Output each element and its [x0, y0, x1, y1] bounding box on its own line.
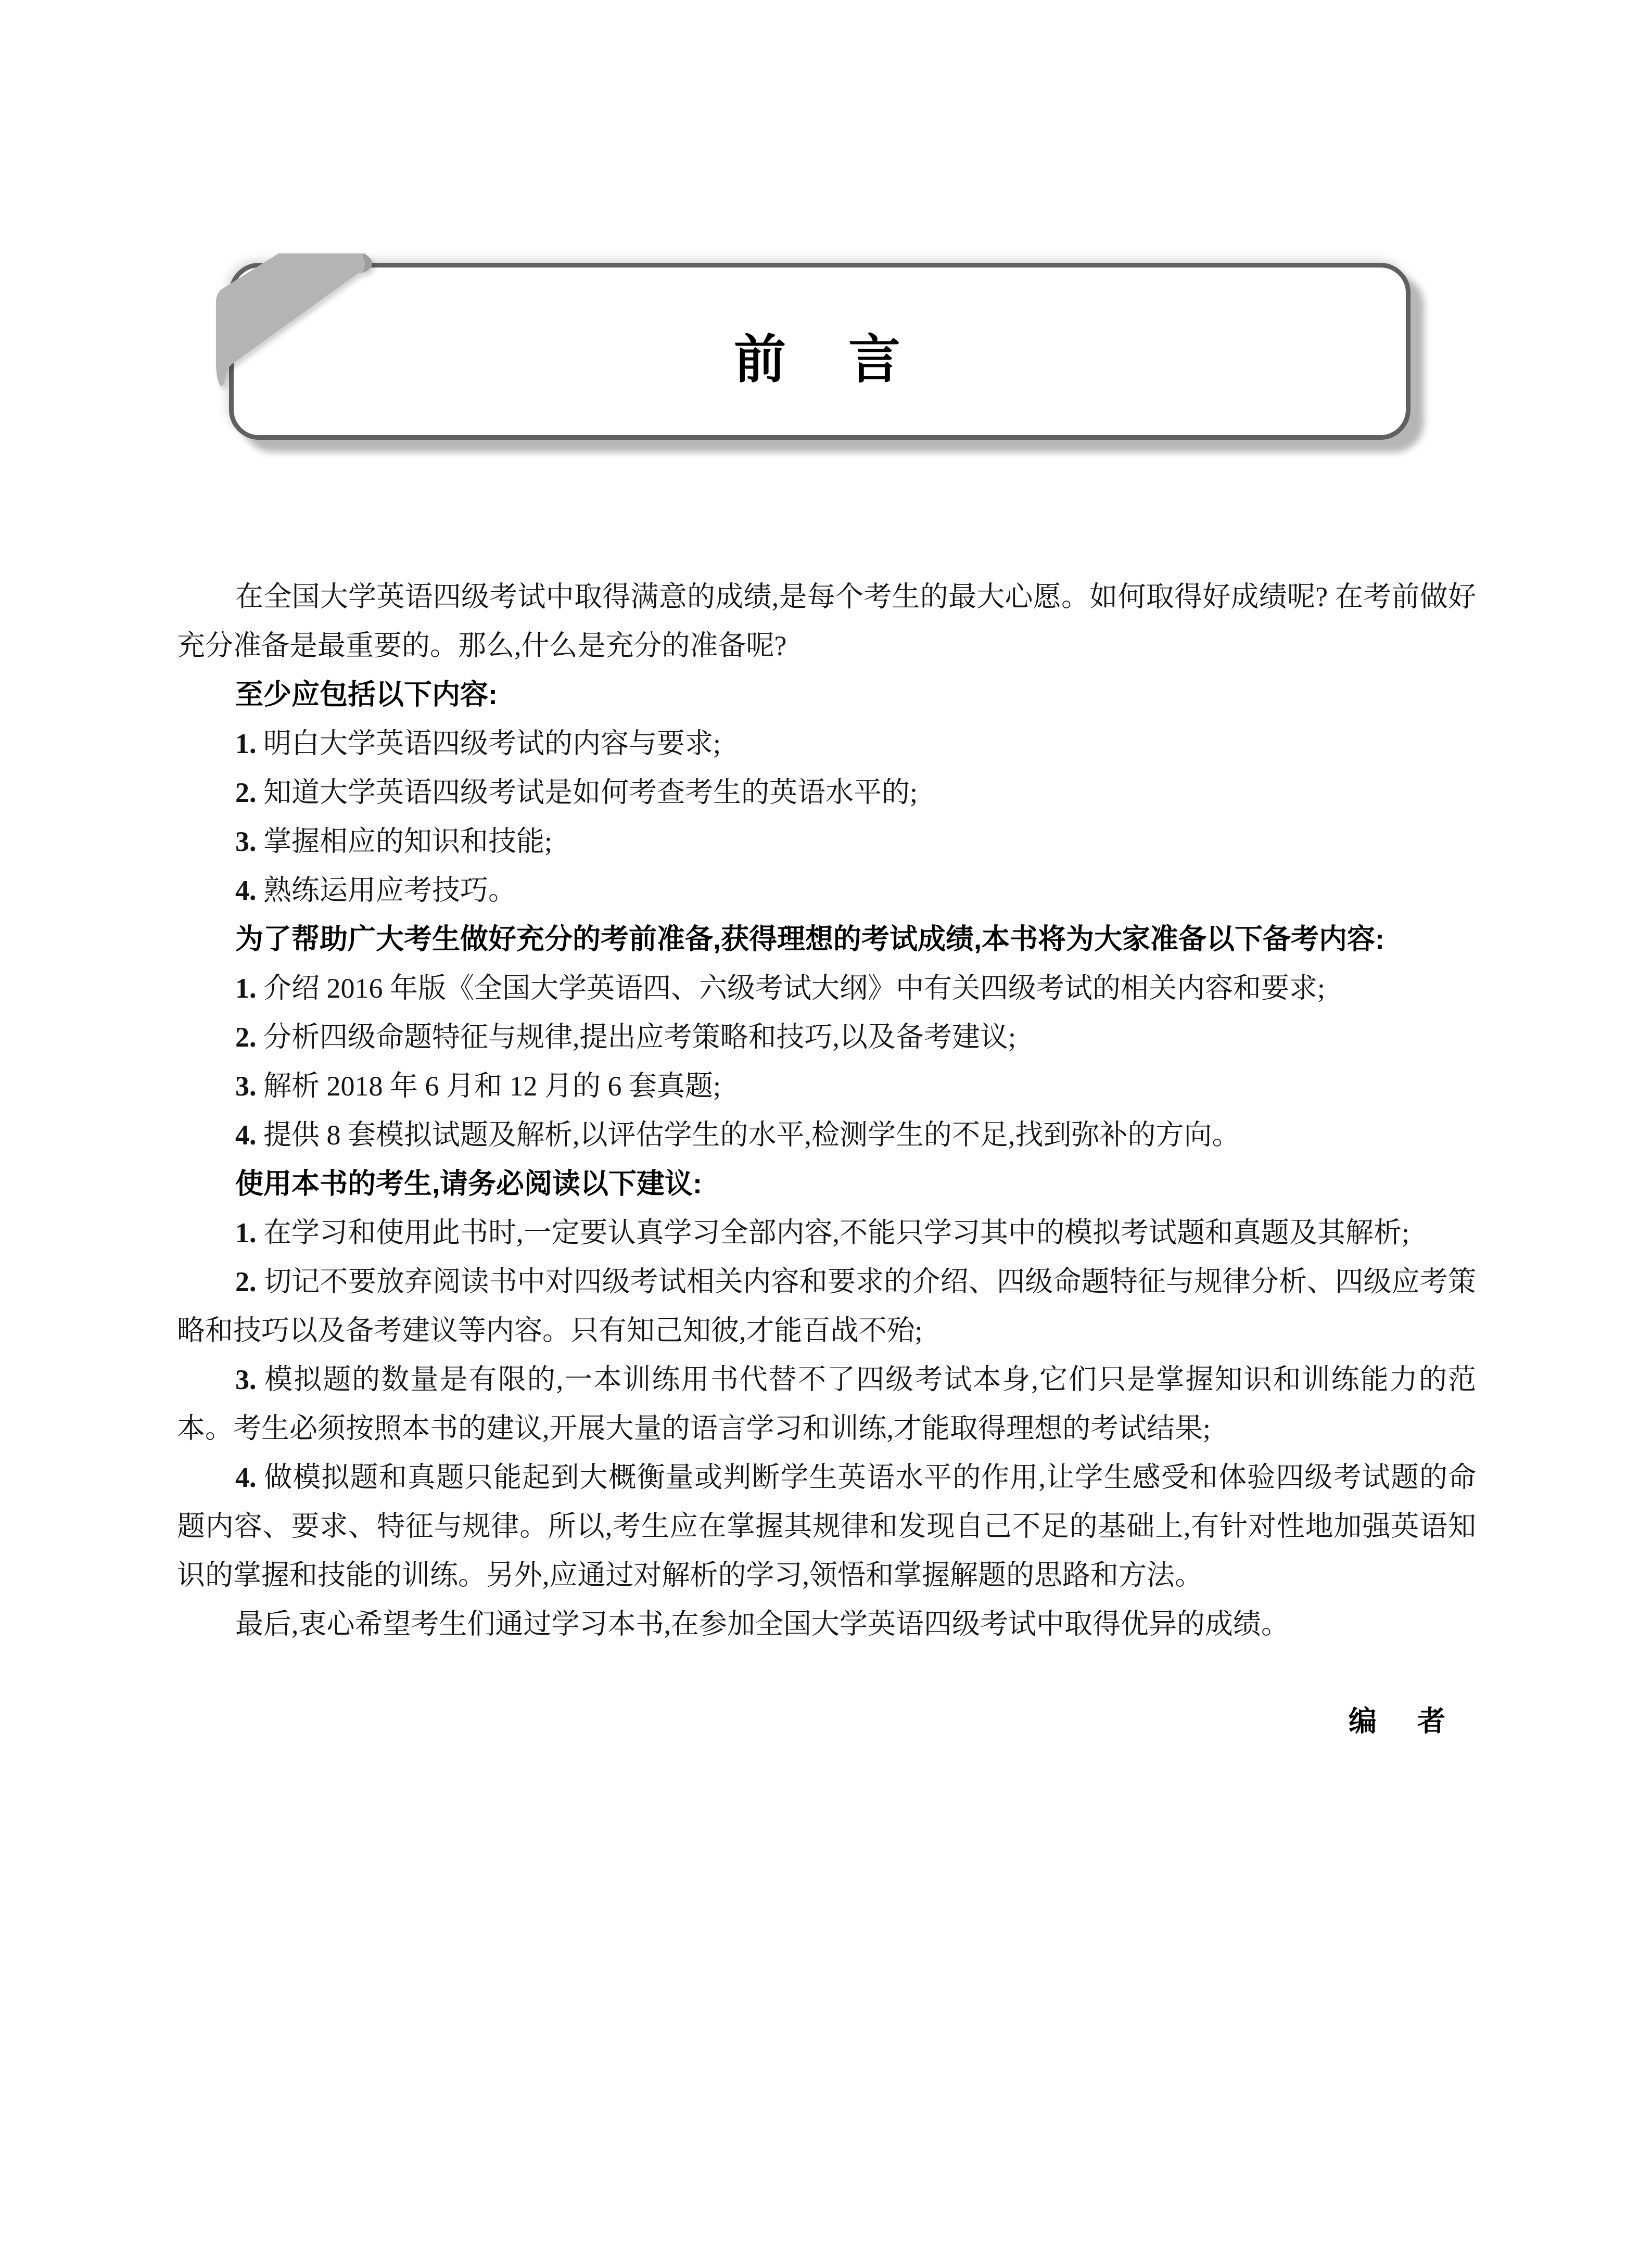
- editor-signature: 编 者: [177, 1697, 1476, 1746]
- body-paragraph: 4. 做模拟题和真题只能起到大概衡量或判断学生英语水平的作用,让学生感受和体验四…: [177, 1453, 1476, 1600]
- list-number: 1.: [235, 973, 263, 1004]
- page-title: 前 言: [734, 310, 906, 392]
- ribbon-band: [216, 253, 372, 386]
- body-paragraph: 3. 解析 2018 年 6 月和 12 月的 6 套真题;: [177, 1062, 1476, 1111]
- body-paragraph: 4. 提供 8 套模拟试题及解析,以评估学生的水平,检测学生的不足,找到弥补的方…: [177, 1111, 1476, 1160]
- body-paragraph: 2. 切记不要放弃阅读书中对四级考试相关内容和要求的介绍、四级命题特征与规律分析…: [177, 1257, 1476, 1355]
- preface-page: 前 言 在全国大学英语四级考试中取得满意的成绩,是每个考生的最大心愿。如何取得好…: [0, 0, 1652, 2242]
- body-paragraph: 4. 熟练运用应考技巧。: [177, 866, 1476, 915]
- list-number: 1.: [235, 1217, 263, 1249]
- list-number: 3.: [235, 1071, 263, 1102]
- list-number: 2.: [235, 1022, 263, 1053]
- body-paragraph: 3. 模拟题的数量是有限的,一本训练用书代替不了四级考试本身,它们只是掌握知识和…: [177, 1355, 1476, 1453]
- body-paragraph: 1. 在学习和使用此书时,一定要认真学习全部内容,不能只学习其中的模拟考试题和真…: [177, 1208, 1476, 1257]
- body-paragraph: 最后,衷心希望考生们通过学习本书,在参加全国大学英语四级考试中取得优异的成绩。: [177, 1600, 1476, 1649]
- list-number: 3.: [235, 1364, 264, 1395]
- list-number: 2.: [235, 1266, 263, 1297]
- corner-ribbon-icon: [203, 238, 390, 410]
- list-number: 2.: [235, 777, 263, 808]
- list-number: 1.: [235, 728, 263, 759]
- body-paragraph: 2. 知道大学英语四级考试是如何考查考生的英语水平的;: [177, 768, 1476, 817]
- body-paragraph: 2. 分析四级命题特征与规律,提出应考策略和技巧,以及备考建议;: [177, 1013, 1476, 1062]
- list-number: 3.: [235, 826, 263, 857]
- section-heading: 为了帮助广大考生做好充分的考前准备,获得理想的考试成绩,本书将为大家准备以下备考…: [177, 915, 1476, 964]
- body-paragraph: 1. 明白大学英语四级考试的内容与要求;: [177, 719, 1476, 768]
- body-paragraph: 在全国大学英语四级考试中取得满意的成绩,是每个考生的最大心愿。如何取得好成绩呢?…: [177, 572, 1476, 670]
- body-paragraph: 3. 掌握相应的知识和技能;: [177, 817, 1476, 866]
- section-heading: 至少应包括以下内容:: [177, 670, 1476, 719]
- body-paragraph: 1. 介绍 2016 年版《全国大学英语四、六级考试大纲》中有关四级考试的相关内…: [177, 964, 1476, 1013]
- list-number: 4.: [235, 1462, 264, 1493]
- section-heading: 使用本书的考生,请务必阅读以下建议:: [177, 1160, 1476, 1208]
- preface-body: 在全国大学英语四级考试中取得满意的成绩,是每个考生的最大心愿。如何取得好成绩呢?…: [177, 572, 1476, 1746]
- list-number: 4.: [235, 875, 263, 906]
- list-number: 4.: [235, 1119, 263, 1151]
- preface-title-box: 前 言: [229, 263, 1410, 440]
